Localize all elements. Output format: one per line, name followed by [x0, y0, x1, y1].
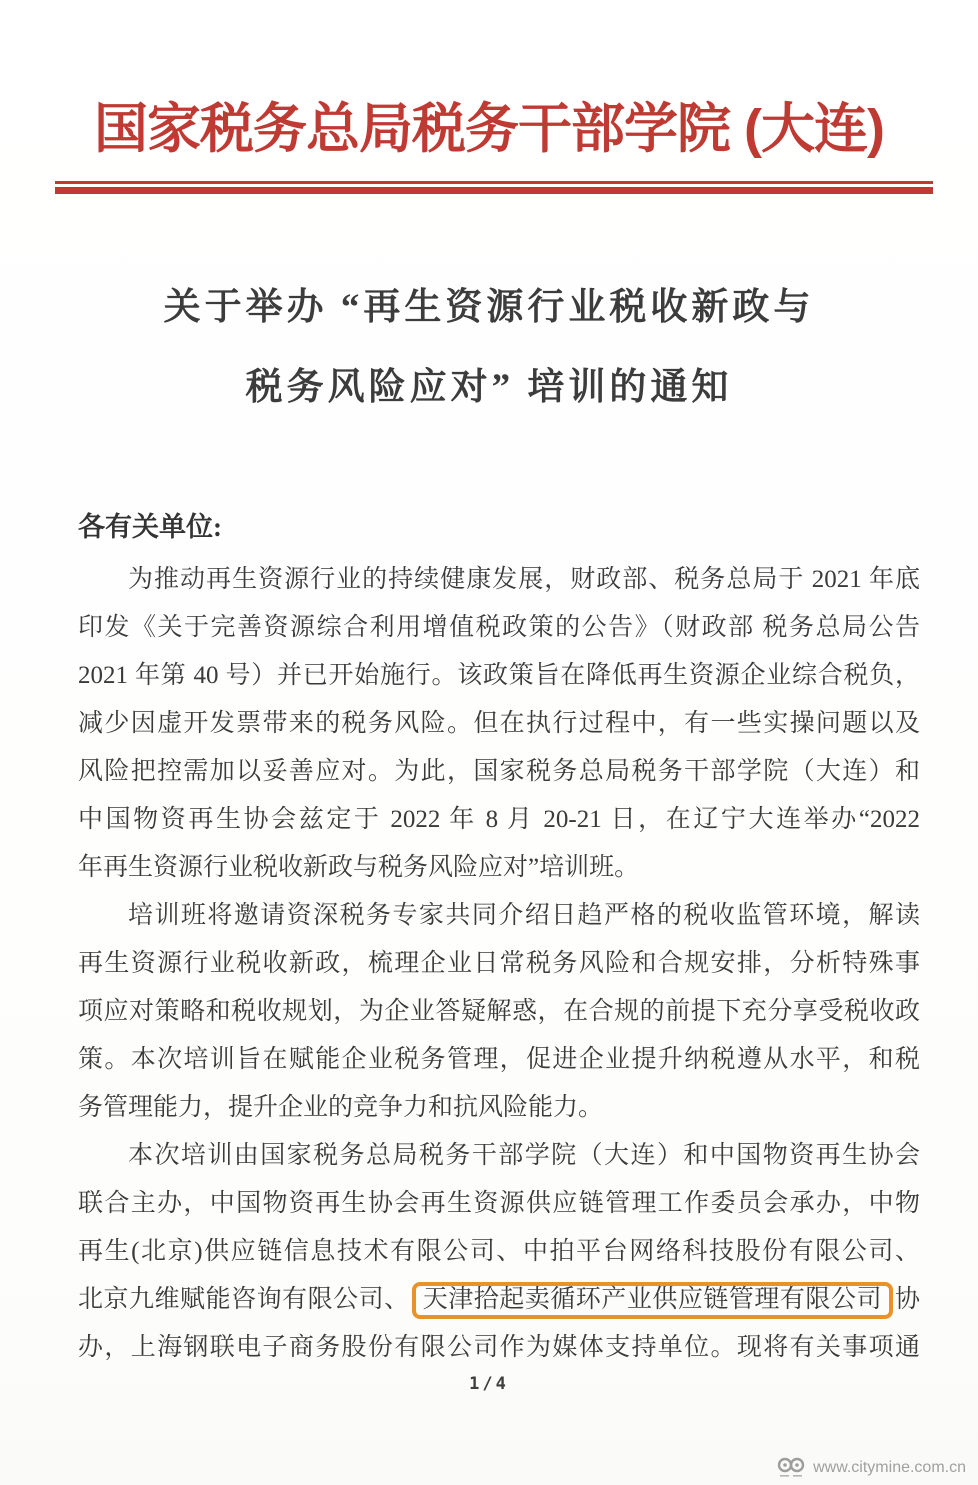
salutation: 各有关单位: — [78, 505, 222, 544]
document-page: 国家税务总局税务干部学院 (大连) 关于举办 “再生资源行业税收新政与 税务风险… — [0, 0, 978, 1485]
p1-line1: 为推动再生资源行业的持续健康发展，财政部、税务总局于 2021 年底 — [78, 556, 920, 604]
rule-thick-line — [55, 187, 933, 194]
p2-line5: 务管理能力，提升企业的竞争力和抗风险能力。 — [78, 1084, 920, 1132]
p2-line2: 再生资源行业税收新政，梳理企业日常税务风险和合规安排，分析特殊事 — [78, 940, 920, 988]
p3-line1: 本次培训由国家税务总局税务干部学院（大连）和中国物资再生协会 — [78, 1132, 920, 1180]
p3-line4-with-highlight: 北京九维赋能咨询有限公司、天津拾起卖循环产业供应链管理有限公司协 — [78, 1276, 920, 1324]
p3-line4-before: 北京九维赋能咨询有限公司、 — [78, 1286, 410, 1313]
highlighted-company-name: 天津拾起卖循环产业供应链管理有限公司 — [412, 1282, 893, 1319]
p1-line2: 印发《关于完善资源综合利用增值税政策的公告》（财政部 税务总局公告 — [78, 604, 920, 652]
p2-line4: 策。本次培训旨在赋能企业税务管理，促进企业提升纳税遵从水平，和税 — [78, 1036, 920, 1084]
p3-line5: 办，上海钢联电子商务股份有限公司作为媒体支持单位。现将有关事项通 — [78, 1324, 920, 1372]
p1-line6: 中国物资再生协会兹定于 2022 年 8 月 20-21 日，在辽宁大连举办“2… — [78, 796, 920, 844]
masthead-double-rule — [55, 181, 933, 194]
p2-line1: 培训班将邀请资深税务专家共同介绍日趋严格的税收监管环境，解读 — [78, 892, 920, 940]
p1-line3: 2021 年第 40 号）并已开始施行。该政策旨在降低再生资源企业综合税负， — [78, 652, 920, 700]
p1-line4: 减少因虚开发票带来的税务风险。但在执行过程中，有一些实操问题以及 — [78, 700, 920, 748]
page-number: 1/4 — [0, 1374, 978, 1394]
watermark-url: www.citymine.com.cn — [813, 1459, 966, 1477]
masthead-org-title: 国家税务总局税务干部学院 (大连) — [0, 86, 978, 163]
doc-title-line1: 关于举办 “再生资源行业税收新政与 — [0, 276, 978, 330]
citymine-logo-icon — [776, 1457, 806, 1479]
p2-line3: 项应对策略和税收规划，为企业答疑解惑，在合规的前提下充分享受税收政 — [78, 988, 920, 1036]
p3-line4-after: 协 — [895, 1286, 920, 1313]
p1-line7: 年再生资源行业税收新政与税务风险应对”培训班。 — [78, 844, 920, 892]
p3-line2: 联合主办，中国物资再生协会再生资源供应链管理工作委员会承办，中物 — [78, 1180, 920, 1228]
p3-line3: 再生(北京)供应链信息技术有限公司、中拍平台网络科技股份有限公司、 — [78, 1228, 920, 1276]
p1-line5: 风险把控需加以妥善应对。为此，国家税务总局税务干部学院（大连）和 — [78, 748, 920, 796]
body-text: 为推动再生资源行业的持续健康发展，财政部、税务总局于 2021 年底 印发《关于… — [78, 556, 920, 1372]
watermark: www.citymine.com.cn — [776, 1457, 966, 1479]
doc-title-line2: 税务风险应对” 培训的通知 — [0, 356, 978, 410]
